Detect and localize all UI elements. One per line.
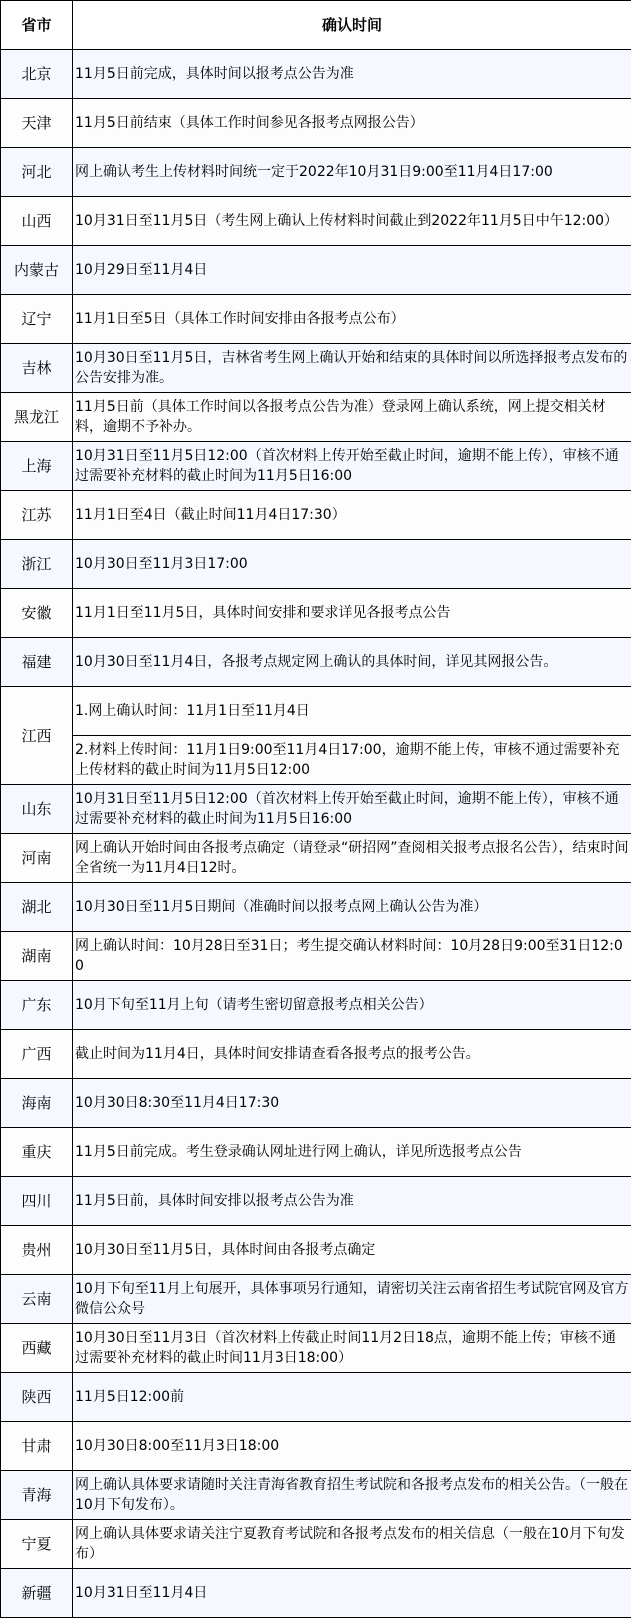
province-cell: 上海 xyxy=(1,442,73,491)
province-cell: 天津 xyxy=(1,99,73,148)
time-cell: 11月5日前完成，具体时间以报考点公告为准 xyxy=(73,50,631,99)
table-header-row: 省市 确认时间 xyxy=(1,1,631,50)
time-cell: 11月1日至4日（截止时间11月4日17:30） xyxy=(73,491,631,540)
time-cell: 10月下旬至11月上旬（请考生密切留意报考点相关公告） xyxy=(73,981,631,1030)
time-cell: 11月5日前（具体工作时间以各报考点公告为准）登录网上确认系统，网上提交相关材料… xyxy=(73,393,631,442)
header-province: 省市 xyxy=(1,1,73,50)
table-row: 海南 10月30日8:30至11月4日17:30 xyxy=(1,1079,631,1128)
time-cell: 1.网上确认时间：11月1日至11月4日 xyxy=(73,687,631,736)
table-row: 重庆 11月5日前完成。考生登录确认网址进行网上确认，详见所选报考点公告 xyxy=(1,1128,631,1177)
table-row: 陕西 11月5日12:00前 xyxy=(1,1373,631,1422)
time-cell: 截止时间为11月4日，具体时间安排请查看各报考点的报考公告。 xyxy=(73,1030,631,1079)
province-cell: 陕西 xyxy=(1,1373,73,1422)
time-cell: 10月31日至11月5日12:00（首次材料上传开始至截止时间，逾期不能上传），… xyxy=(73,442,631,491)
time-cell: 10月30日8:00至11月3日18:00 xyxy=(73,1422,631,1471)
table-row: 湖南 网上确认时间：10月28日至31日；考生提交确认材料时间：10月28日9:… xyxy=(1,932,631,981)
time-cell: 10月31日至11月5日（考生网上确认上传材料时间截止到2022年11月5日中午… xyxy=(73,197,631,246)
time-cell: 10月31日至11月4日 xyxy=(73,1569,631,1618)
table-row-continued: 2.材料上传时间：11月1日9:00至11月4日17:00，逾期不能上传，审核不… xyxy=(1,736,631,785)
province-cell: 北京 xyxy=(1,50,73,99)
province-cell: 湖南 xyxy=(1,932,73,981)
table-row: 上海 10月31日至11月5日12:00（首次材料上传开始至截止时间，逾期不能上… xyxy=(1,442,631,491)
table-row: 山西 10月31日至11月5日（考生网上确认上传材料时间截止到2022年11月5… xyxy=(1,197,631,246)
province-cell: 安徽 xyxy=(1,589,73,638)
province-cell: 湖北 xyxy=(1,883,73,932)
province-cell: 内蒙古 xyxy=(1,246,73,295)
province-cell: 宁夏 xyxy=(1,1520,73,1569)
table-row: 天津 11月5日前结束（具体工作时间参见各报考点网报公告） xyxy=(1,99,631,148)
time-cell: 11月1日至11月5日，具体时间安排和要求详见各报考点公告 xyxy=(73,589,631,638)
time-cell: 10月30日至11月3日17:00 xyxy=(73,540,631,589)
province-cell: 吉林 xyxy=(1,344,73,393)
time-cell: 10月30日至11月3日（首次材料上传截止时间11月2日18点，逾期不能上传；审… xyxy=(73,1324,631,1373)
time-cell: 网上确认具体要求请随时关注青海省教育招生考试院和各报考点发布的相关公告。（一般在… xyxy=(73,1471,631,1520)
table-row: 河北 网上确认考生上传材料时间统一定于2022年10月31日9:00至11月4日… xyxy=(1,148,631,197)
table-row: 江苏 11月1日至4日（截止时间11月4日17:30） xyxy=(1,491,631,540)
time-cell: 10月29日至11月4日 xyxy=(73,246,631,295)
time-cell: 网上确认时间：10月28日至31日；考生提交确认材料时间：10月28日9:00至… xyxy=(73,932,631,981)
time-cell: 10月31日至11月5日12:00（首次材料上传开始至截止时间，逾期不能上传），… xyxy=(73,785,631,834)
province-cell: 海南 xyxy=(1,1079,73,1128)
time-cell: 2.材料上传时间：11月1日9:00至11月4日17:00，逾期不能上传，审核不… xyxy=(73,736,631,785)
province-cell: 山东 xyxy=(1,785,73,834)
table-row: 内蒙古 10月29日至11月4日 xyxy=(1,246,631,295)
table-row: 江西 1.网上确认时间：11月1日至11月4日 xyxy=(1,687,631,736)
table-row: 北京 11月5日前完成，具体时间以报考点公告为准 xyxy=(1,50,631,99)
province-cell: 贵州 xyxy=(1,1226,73,1275)
province-cell: 福建 xyxy=(1,638,73,687)
province-cell: 江西 xyxy=(1,687,73,785)
province-cell: 云南 xyxy=(1,1275,73,1324)
table-row: 福建 10月30日至11月4日，各报考点规定网上确认的具体时间，详见其网报公告。 xyxy=(1,638,631,687)
province-cell: 浙江 xyxy=(1,540,73,589)
time-cell: 10月30日至11月5日，吉林省考生网上确认开始和结束的具体时间以所选择报考点发… xyxy=(73,344,631,393)
table-row: 宁夏 网上确认具体要求请关注宁夏教育考试院和各报考点发布的相关信息（一般在10月… xyxy=(1,1520,631,1569)
table-row: 甘肃 10月30日8:00至11月3日18:00 xyxy=(1,1422,631,1471)
time-cell: 网上确认考生上传材料时间统一定于2022年10月31日9:00至11月4日17:… xyxy=(73,148,631,197)
table-row: 辽宁 11月1日至5日（具体工作时间安排由各报考点公布） xyxy=(1,295,631,344)
table-row: 安徽 11月1日至11月5日，具体时间安排和要求详见各报考点公告 xyxy=(1,589,631,638)
table-row: 广西 截止时间为11月4日，具体时间安排请查看各报考点的报考公告。 xyxy=(1,1030,631,1079)
time-cell: 10月30日至11月5日，具体时间由各报考点确定 xyxy=(73,1226,631,1275)
time-cell: 10月30日8:30至11月4日17:30 xyxy=(73,1079,631,1128)
province-cell: 甘肃 xyxy=(1,1422,73,1471)
province-cell: 河南 xyxy=(1,834,73,883)
time-cell: 11月1日至5日（具体工作时间安排由各报考点公布） xyxy=(73,295,631,344)
table-row: 广东 10月下旬至11月上旬（请考生密切留意报考点相关公告） xyxy=(1,981,631,1030)
time-cell: 11月5日前完成。考生登录确认网址进行网上确认，详见所选报考点公告 xyxy=(73,1128,631,1177)
province-cell: 广东 xyxy=(1,981,73,1030)
time-cell: 11月5日12:00前 xyxy=(73,1373,631,1422)
time-cell: 10月下旬至11月上旬展开，具体事项另行通知，请密切关注云南省招生考试院官网及官… xyxy=(73,1275,631,1324)
header-confirmation-time: 确认时间 xyxy=(73,1,631,50)
table-row: 吉林 10月30日至11月5日，吉林省考生网上确认开始和结束的具体时间以所选择报… xyxy=(1,344,631,393)
table-row: 西藏 10月30日至11月3日（首次材料上传截止时间11月2日18点，逾期不能上… xyxy=(1,1324,631,1373)
table-row: 四川 11月5日前，具体时间安排以报考点公告为准 xyxy=(1,1177,631,1226)
province-cell: 黑龙江 xyxy=(1,393,73,442)
province-cell: 西藏 xyxy=(1,1324,73,1373)
province-cell: 山西 xyxy=(1,197,73,246)
table-row: 贵州 10月30日至11月5日，具体时间由各报考点确定 xyxy=(1,1226,631,1275)
time-cell: 网上确认具体要求请关注宁夏教育考试院和各报考点发布的相关信息（一般在10月下旬发… xyxy=(73,1520,631,1569)
table-row: 山东 10月31日至11月5日12:00（首次材料上传开始至截止时间，逾期不能上… xyxy=(1,785,631,834)
province-cell: 青海 xyxy=(1,1471,73,1520)
table-row: 新疆 10月31日至11月4日 xyxy=(1,1569,631,1618)
time-cell: 网上确认开始时间由各报考点确定（请登录“研招网”查阅相关报考点报名公告），结束时… xyxy=(73,834,631,883)
table-row: 浙江 10月30日至11月3日17:00 xyxy=(1,540,631,589)
table-row: 湖北 10月30日至11月5日期间（准确时间以报考点网上确认公告为准） xyxy=(1,883,631,932)
table-row: 黑龙江 11月5日前（具体工作时间以各报考点公告为准）登录网上确认系统，网上提交… xyxy=(1,393,631,442)
table-row: 云南 10月下旬至11月上旬展开，具体事项另行通知，请密切关注云南省招生考试院官… xyxy=(1,1275,631,1324)
province-cell: 江苏 xyxy=(1,491,73,540)
time-cell: 11月5日前，具体时间安排以报考点公告为准 xyxy=(73,1177,631,1226)
time-cell: 10月30日至11月4日，各报考点规定网上确认的具体时间，详见其网报公告。 xyxy=(73,638,631,687)
province-cell: 重庆 xyxy=(1,1128,73,1177)
table-row: 青海 网上确认具体要求请随时关注青海省教育招生考试院和各报考点发布的相关公告。（… xyxy=(1,1471,631,1520)
table-row: 河南 网上确认开始时间由各报考点确定（请登录“研招网”查阅相关报考点报名公告），… xyxy=(1,834,631,883)
confirmation-schedule-table: 省市 确认时间 北京 11月5日前完成，具体时间以报考点公告为准 天津 11月5… xyxy=(0,0,631,1618)
time-cell: 10月30日至11月5日期间（准确时间以报考点网上确认公告为准） xyxy=(73,883,631,932)
time-cell: 11月5日前结束（具体工作时间参见各报考点网报公告） xyxy=(73,99,631,148)
province-cell: 河北 xyxy=(1,148,73,197)
province-cell: 四川 xyxy=(1,1177,73,1226)
province-cell: 新疆 xyxy=(1,1569,73,1618)
province-cell: 辽宁 xyxy=(1,295,73,344)
province-cell: 广西 xyxy=(1,1030,73,1079)
